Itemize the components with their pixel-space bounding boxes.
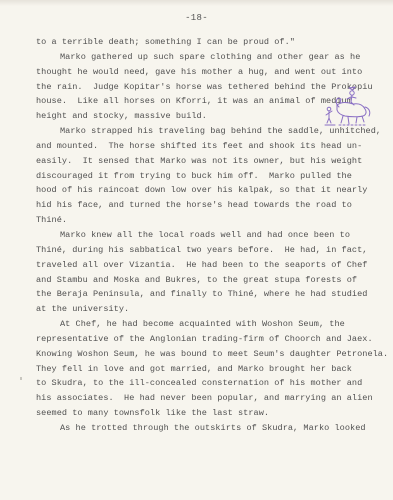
text-line: easily. It sensed that Marko was not its… [36, 154, 366, 169]
paragraph-first-line: As he trotted through the outskirts of S… [36, 421, 366, 436]
text-line: the rain. Judge Kopitar's horse was teth… [36, 80, 366, 95]
paragraph-first-line: Marko knew all the local roads well and … [36, 228, 366, 243]
stray-mark [20, 377, 22, 380]
text-line: Knowing Woshon Seum, he was bound to mee… [36, 347, 366, 362]
text-line: Thiné. [36, 213, 366, 228]
text-line: to a terrible death; something I can be … [36, 35, 366, 50]
text-line: to Skudra, to the ill-concealed constern… [36, 376, 366, 391]
text-line: thought he would need, gave his mother a… [36, 65, 366, 80]
paragraph-first-line: Marko gathered up such spare clothing an… [36, 50, 366, 65]
text-line: height and stocky, massive build. [36, 109, 366, 124]
text-line: representative of the Anglonian trading-… [36, 332, 366, 347]
text-line: at the university. [36, 302, 366, 317]
document-page: -18- to a terrible death; something I ca… [0, 0, 393, 500]
text-line: hood of his raincoat down low over his k… [36, 183, 366, 198]
page-number: -18- [0, 13, 393, 23]
text-line: house. Like all horses on Kforri, it was… [36, 94, 366, 109]
paragraph-first-line: Marko strapped his traveling bag behind … [36, 124, 366, 139]
text-line: Thiné, during his sabbatical two years b… [36, 243, 366, 258]
text-line: and Stambu and Moska and Bukres, to the … [36, 273, 366, 288]
paragraph-first-line: At Chef, he had become acquainted with W… [36, 317, 366, 332]
text-line: his associates. He had never been popula… [36, 391, 366, 406]
text-line: hid his face, and turned the horse's hea… [36, 198, 366, 213]
text-line: They fell in love and got married, and M… [36, 362, 366, 377]
typewritten-body: to a terrible death; something I can be … [36, 35, 366, 436]
text-line: seemed to many townsfolk like the last s… [36, 406, 366, 421]
horse-rider-stamp-icon [323, 85, 373, 129]
text-line: the Beraja Peninsula, and finally to Thi… [36, 287, 366, 302]
text-line: discouraged it from trying to buck him o… [36, 169, 366, 184]
text-line: traveled all over Vizantia. He had been … [36, 258, 366, 273]
text-line: and mounted. The horse shifted its feet … [36, 139, 366, 154]
